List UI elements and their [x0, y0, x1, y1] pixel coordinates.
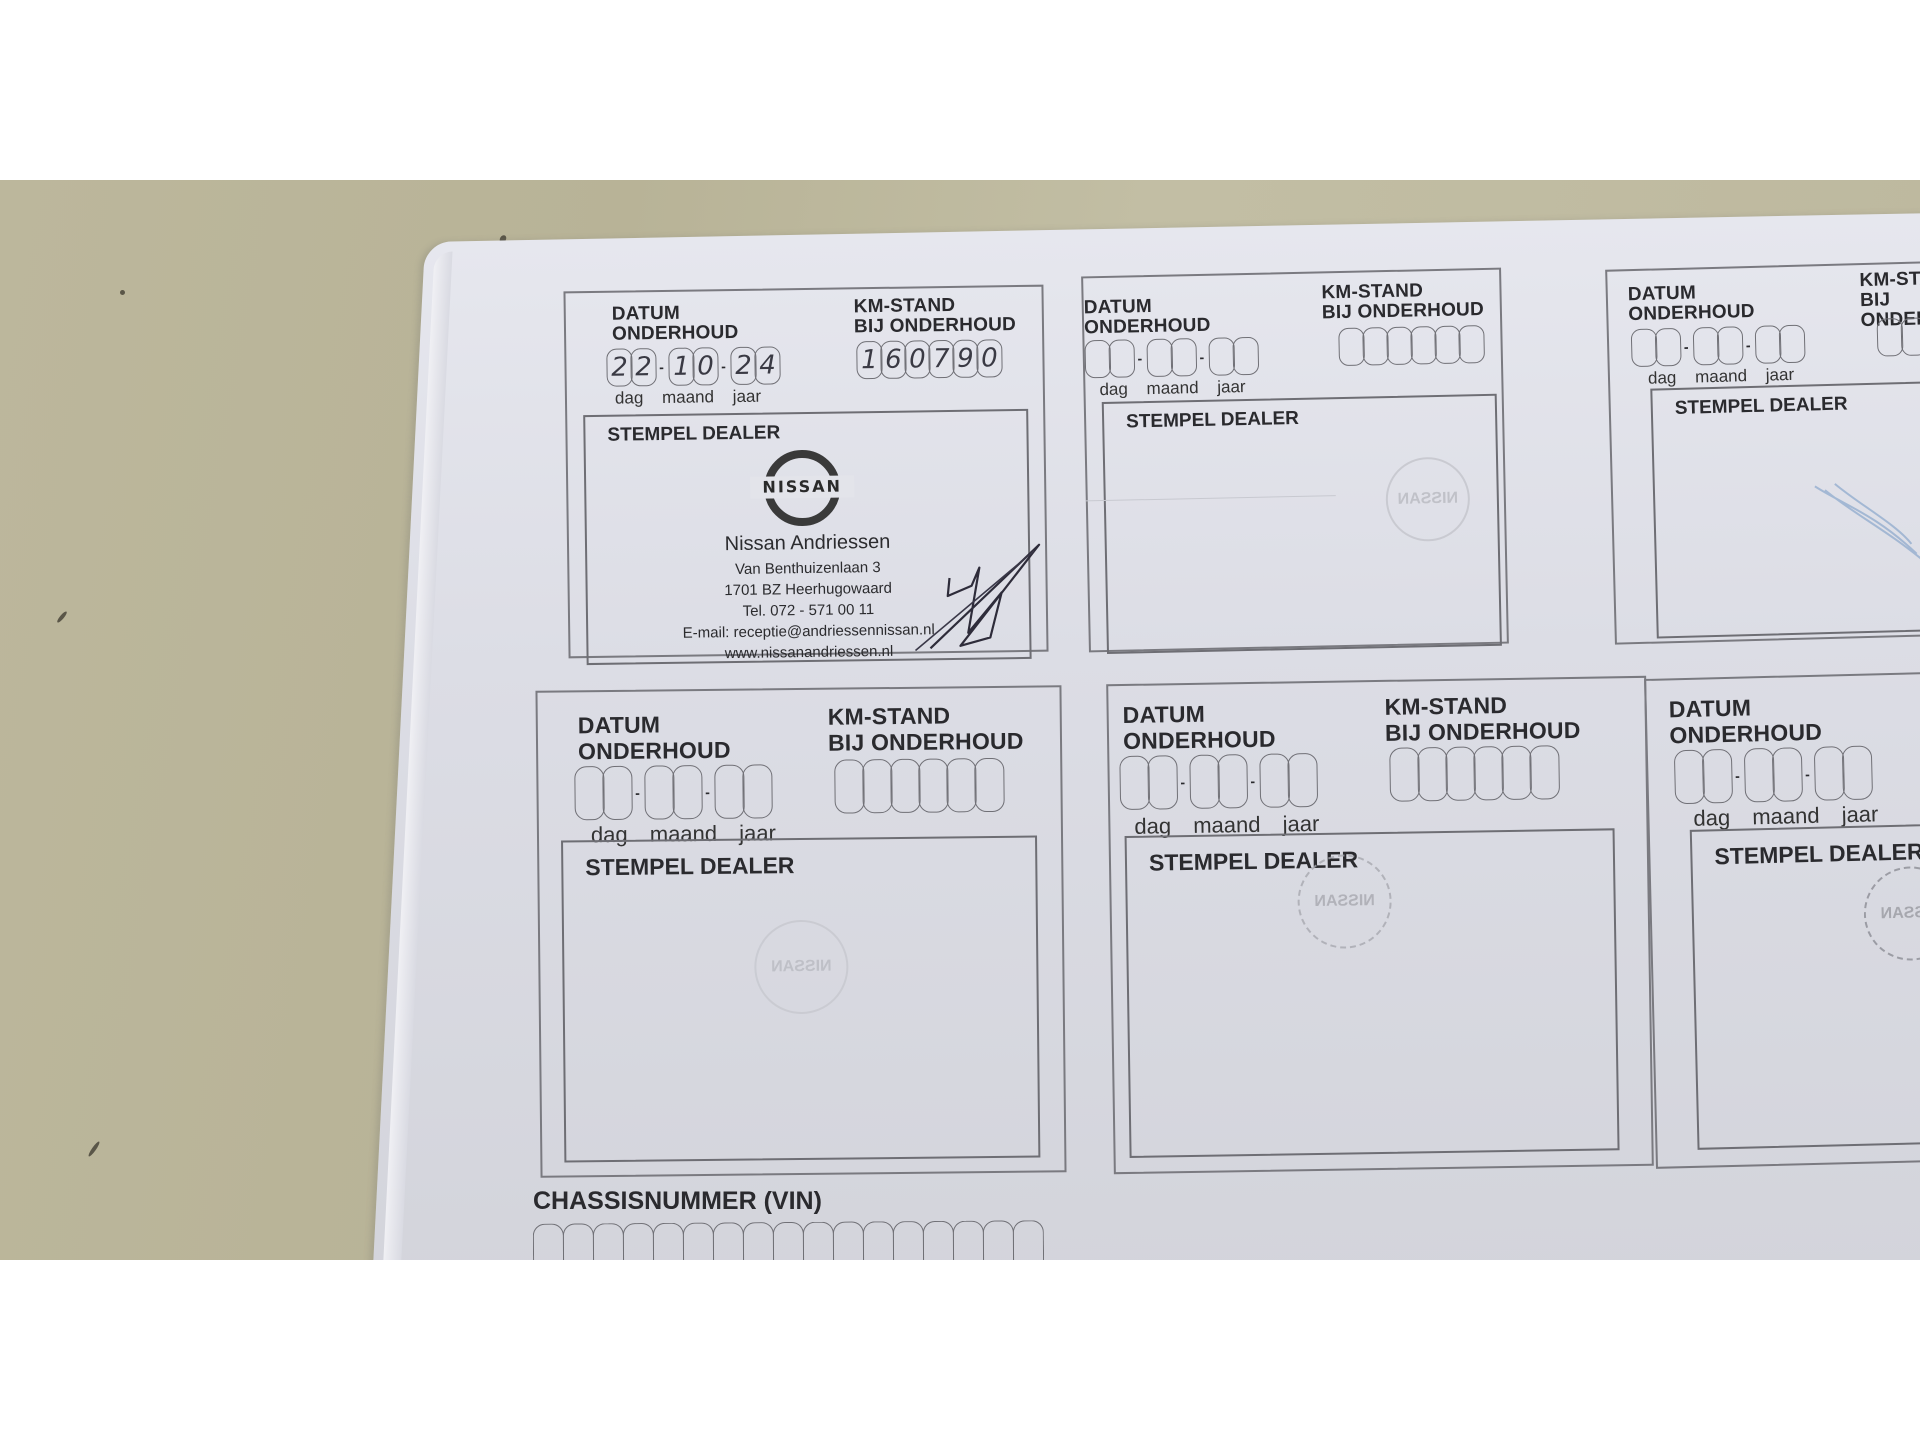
- km-label: KM-STANDBIJ ONDERHOUD: [1384, 691, 1580, 746]
- stamp-box: STEMPEL DEALER NISSAN: [561, 836, 1040, 1163]
- ghost-logo-icon: NISSAN: [1863, 865, 1920, 961]
- month-digit-1[interactable]: [644, 765, 675, 819]
- stamp-box: STEMPEL DEALER: [1650, 380, 1920, 639]
- year-digit-2[interactable]: 4: [754, 346, 781, 384]
- km-label: KM-STANDBIJ ONDERHOUD: [1321, 280, 1484, 323]
- vin-character-box[interactable]: [653, 1223, 684, 1260]
- vin-field[interactable]: [533, 1220, 1043, 1260]
- vin-character-box[interactable]: [773, 1222, 804, 1260]
- date-field[interactable]: 2 2 - 1 0 - 2 4: [606, 346, 779, 386]
- year-digit-2[interactable]: [1842, 745, 1873, 800]
- date-sublabel: dag maand jaar: [1099, 377, 1246, 400]
- vin-character-box[interactable]: [713, 1222, 744, 1260]
- km-digit[interactable]: [1410, 326, 1437, 365]
- vin-character-box[interactable]: [833, 1221, 864, 1260]
- speck: [56, 610, 68, 623]
- month-digit-2[interactable]: 0: [692, 347, 719, 385]
- km-digit[interactable]: [862, 759, 893, 813]
- km-digit[interactable]: 7: [928, 340, 955, 378]
- km-digit[interactable]: 0: [976, 339, 1003, 377]
- km-label: KM-STANDBIJ ONDERHOUD: [828, 702, 1024, 756]
- page-edge: [381, 251, 452, 1260]
- date-sublabel: dag maand jaar: [615, 387, 761, 409]
- km-field[interactable]: 1 6 0 7 9 0: [856, 339, 1001, 379]
- km-digit[interactable]: [834, 759, 865, 813]
- year-digit-1[interactable]: [714, 765, 745, 819]
- day-digit-2[interactable]: [1147, 755, 1178, 809]
- stamp-title: STEMPEL DEALER: [1714, 838, 1920, 870]
- km-label: KM-STANDBIJ ONDERHOUD: [854, 295, 1017, 337]
- day-digit-1[interactable]: [1119, 756, 1150, 810]
- photo: DATUMONDERHOUD KM-STANDBIJ ONDERHOUD 2 2…: [0, 180, 1920, 1260]
- vin-character-box[interactable]: [563, 1223, 594, 1260]
- speck: [87, 1140, 101, 1157]
- vin-character-box[interactable]: [743, 1222, 774, 1260]
- vin-character-box[interactable]: [893, 1221, 924, 1260]
- day-digit-2[interactable]: [1108, 339, 1135, 378]
- year-digit-1[interactable]: [1208, 337, 1235, 376]
- ink-smudge: [1805, 473, 1920, 576]
- date-field[interactable]: - -: [1119, 753, 1316, 810]
- year-digit-1[interactable]: [1259, 753, 1290, 807]
- ghost-line: [1086, 495, 1336, 501]
- vin-character-box[interactable]: [983, 1220, 1014, 1260]
- datum-label: DATUMONDERHOUD: [1122, 700, 1275, 754]
- maintenance-entry-4: DATUMONDERHOUD KM-STANDBIJ ONDERHOUD - -…: [535, 685, 1066, 1177]
- km-digit[interactable]: [974, 758, 1005, 812]
- day-digit-2[interactable]: [1702, 749, 1733, 804]
- maintenance-entry-2: DATUMONDERHOUD KM-STANDBIJ ONDERHOUD - -…: [1081, 268, 1509, 653]
- month-digit-2[interactable]: [1717, 326, 1744, 365]
- datum-label: DATUMONDERHOUD: [612, 303, 739, 345]
- date-field[interactable]: - -: [1084, 337, 1257, 379]
- km-digit[interactable]: [1901, 317, 1920, 356]
- month-digit-1[interactable]: [1744, 748, 1775, 803]
- maintenance-entry-1: DATUMONDERHOUD KM-STANDBIJ ONDERHOUD 2 2…: [563, 285, 1048, 659]
- datum-label: DATUMONDERHOUD: [578, 711, 731, 765]
- km-digit[interactable]: 0: [904, 340, 931, 378]
- ghost-logo-icon: NISSAN: [1385, 456, 1471, 542]
- km-digit[interactable]: 1: [856, 341, 883, 379]
- datum-label: DATUMONDERHOUD: [1668, 693, 1822, 749]
- km-digit[interactable]: [1473, 746, 1504, 800]
- km-digit[interactable]: [1362, 327, 1389, 366]
- year-digit-1[interactable]: 2: [730, 347, 757, 385]
- vin-character-box[interactable]: [1013, 1220, 1044, 1260]
- vin-character-box[interactable]: [863, 1221, 894, 1260]
- day-digit-2[interactable]: [1655, 328, 1682, 367]
- stamp-title: STEMPEL DEALER: [1126, 408, 1299, 434]
- vin-character-box[interactable]: [623, 1223, 654, 1260]
- year-digit-2[interactable]: [1232, 337, 1259, 376]
- day-digit-2[interactable]: [602, 766, 633, 820]
- maintenance-entry-3: DATUMONDERHOUD KM-STANDBIJ ONDERHOUD - -…: [1605, 260, 1920, 644]
- km-digit[interactable]: 6: [880, 341, 907, 379]
- stamp-title: STEMPEL DEALER: [1675, 393, 1848, 420]
- year-digit-2[interactable]: [1779, 325, 1806, 364]
- datum-label: DATUMONDERHOUD: [1084, 296, 1211, 339]
- month-digit-1[interactable]: [1189, 755, 1220, 809]
- km-digit[interactable]: [1389, 747, 1420, 801]
- nissan-logo-text: NISSAN: [750, 475, 854, 498]
- year-digit-1[interactable]: [1814, 746, 1845, 801]
- year-digit-1[interactable]: [1755, 325, 1782, 364]
- km-field[interactable]: [1338, 325, 1483, 366]
- month-digit-1[interactable]: [1693, 327, 1720, 366]
- maintenance-entry-6: DATUMONDERHOUD - - dag maand jaar STEMPE…: [1644, 671, 1920, 1169]
- date-field[interactable]: - -: [574, 764, 771, 820]
- km-digit[interactable]: [1445, 746, 1476, 800]
- vin-character-box[interactable]: [803, 1222, 834, 1260]
- stamp-title: STEMPEL DEALER: [585, 852, 794, 881]
- km-digit[interactable]: [1877, 318, 1904, 357]
- km-digit[interactable]: [1458, 325, 1485, 364]
- km-field[interactable]: [1389, 745, 1558, 802]
- speck: [120, 290, 125, 295]
- vin-character-box[interactable]: [593, 1223, 624, 1260]
- vin-character-box[interactable]: [923, 1221, 954, 1260]
- month-digit-2[interactable]: [672, 765, 703, 819]
- km-digit[interactable]: [890, 759, 921, 813]
- km-digit[interactable]: [1434, 326, 1461, 365]
- km-digit[interactable]: [1529, 745, 1560, 799]
- signature: [909, 537, 1051, 659]
- stamp-box: STEMPEL DEALER NISSAN: [1102, 394, 1502, 654]
- stamp-title: STEMPEL DEALER: [607, 422, 780, 446]
- year-digit-2[interactable]: [742, 764, 773, 818]
- day-digit-1[interactable]: [1674, 750, 1705, 805]
- stamp-box: STEMPEL DEALER NISSAN: [1125, 828, 1620, 1158]
- stamp-box: STEMPEL DEALER NISSAN: [1690, 822, 1920, 1150]
- day-digit-1[interactable]: [1631, 328, 1658, 367]
- year-digit-2[interactable]: [1287, 753, 1318, 807]
- km-digit[interactable]: 9: [952, 340, 979, 378]
- day-digit-1[interactable]: [574, 766, 605, 820]
- ghost-logo-icon: NISSAN: [1297, 854, 1392, 949]
- date-field[interactable]: - -: [1631, 325, 1804, 367]
- km-digit[interactable]: [918, 758, 949, 812]
- maintenance-entry-5: DATUMONDERHOUD KM-STANDBIJ ONDERHOUD - -…: [1106, 676, 1654, 1174]
- day-digit-2[interactable]: 2: [630, 348, 657, 386]
- km-digit[interactable]: [946, 758, 977, 812]
- km-field[interactable]: [1877, 316, 1920, 356]
- day-digit-1[interactable]: 2: [606, 348, 633, 386]
- month-digit-2[interactable]: [1217, 754, 1248, 808]
- ghost-logo-icon: NISSAN: [754, 920, 849, 1015]
- month-digit-1[interactable]: [1146, 339, 1173, 378]
- vin-character-box[interactable]: [953, 1221, 984, 1260]
- km-field[interactable]: [834, 758, 1003, 814]
- km-digit[interactable]: [1386, 327, 1413, 366]
- vin-label: CHASSISNUMMER (VIN): [533, 1187, 822, 1216]
- vin-character-box[interactable]: [683, 1223, 714, 1260]
- month-digit-2[interactable]: [1170, 338, 1197, 377]
- month-digit-1[interactable]: 1: [668, 348, 695, 386]
- km-digit[interactable]: [1338, 328, 1365, 367]
- date-field[interactable]: - -: [1674, 745, 1871, 804]
- vin-character-box[interactable]: [533, 1224, 564, 1260]
- month-digit-2[interactable]: [1772, 747, 1803, 802]
- km-digit[interactable]: [1417, 747, 1448, 801]
- day-digit-1[interactable]: [1084, 340, 1111, 379]
- datum-label: DATUMONDERHOUD: [1628, 282, 1755, 325]
- km-digit[interactable]: [1501, 746, 1532, 800]
